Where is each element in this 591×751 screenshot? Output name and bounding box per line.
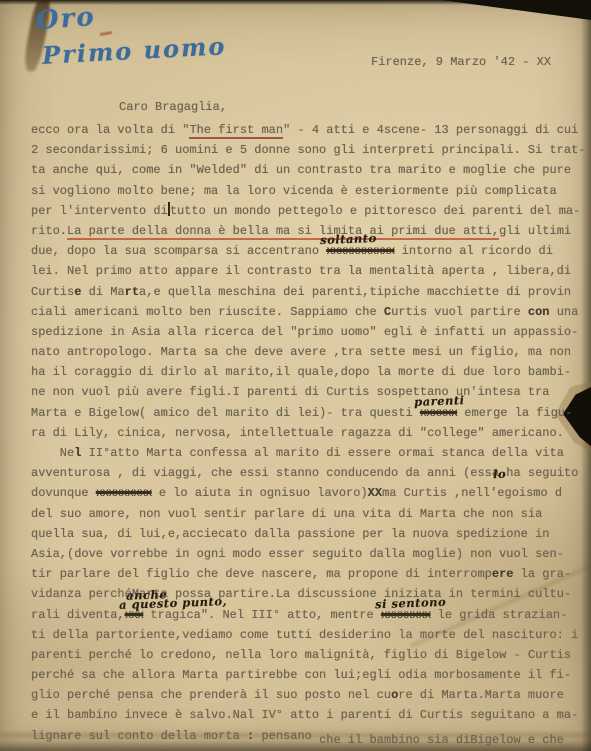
body-line: parenti perché lo credono, nella loro ma… [31,645,587,665]
body-line: si vogliono molto bene; ma la loro vicen… [31,181,587,201]
ink-insert: si sentono [375,591,446,605]
body-line: ra di Lily, cinica, nervosa, intellettua… [31,423,587,443]
body-line: vidanza perchéancheMarta possa partire.L… [31,584,587,604]
body-line: ne non vuol più avere figli.I parenti di… [31,382,587,402]
body-line: lignare sul conto della morta : pensano … [31,726,587,746]
body-line: ciali americani molto ben riuscite. Sapp… [31,302,587,322]
body-line: rali diventa,a questo punto,xxx tragica"… [31,605,587,625]
body-line: ta anche qui, come in "Welded" di un con… [31,160,587,180]
body-line: tir parlare del figlio che deve nascere,… [31,564,587,584]
body-line: per l'intervento ditutto un mondo petteg… [31,201,587,221]
body-line: perché sa che allora Marta partirebbe co… [31,665,587,685]
body-line: Asia,(dove vorrebbe in ogni modo esser s… [31,544,587,564]
dateline: Firenze, 9 Marzo '42 - XX [371,55,551,69]
body-line: Curtise di Marta,e quella meschina dei p… [31,282,587,302]
body-line: spedizione in Asia alla ricerca del "pri… [31,322,587,342]
body-line: lei. Nel primo atto appare il contrasto … [31,261,587,281]
body-line: Nel II°atto Marta confessa al marito di … [31,443,587,463]
body-line: Marta e Bigelow( amico del marito di lei… [31,403,587,423]
body-line: nato antropologo. Marta sa che deve aver… [31,342,587,362]
body-line: ecco ora la volta di "The first man" - 4… [31,120,587,140]
body-line: ha il coraggio di dirlo al marito,il qua… [31,362,587,382]
body-line: quella sua, di lui,e,acciecato dalla pas… [31,524,587,544]
body-line: 2 secondarissimi; 6 uomini e 5 donne son… [31,140,587,160]
body-line: due, dopo la sua scomparsa si accentrano… [31,241,587,261]
ink-insert: soltanto [320,228,377,242]
letter-photo: { "page": { "paper_color": "#d9c69d", "b… [0,0,591,751]
salutation: Caro Bragaglia, [119,100,227,114]
body-line: rito.La parte della donna è bella ma si … [31,221,587,241]
body-line: ti della partoriente,vediamo come tutti … [31,625,587,645]
ink-insert: lo [493,464,506,476]
body-line: e il bambino invece è salvo.Nal IV° atto… [31,705,587,725]
body-line: glio perché pensa che prenderà il suo po… [31,685,587,705]
handwritten-note-blue-title: Oro [35,2,97,36]
body-line: avventurosa , di viaggi, che essi stanno… [31,463,587,483]
body-line: del suo amore, non vuol sentir parlare d… [31,504,587,524]
typewritten-body: ecco ora la volta di "The first man" - 4… [31,120,587,746]
ink-insert: parenti [414,390,465,404]
body-line: dovunque xxxxxxxxx e lo aiuta in ognisuo… [31,483,587,503]
